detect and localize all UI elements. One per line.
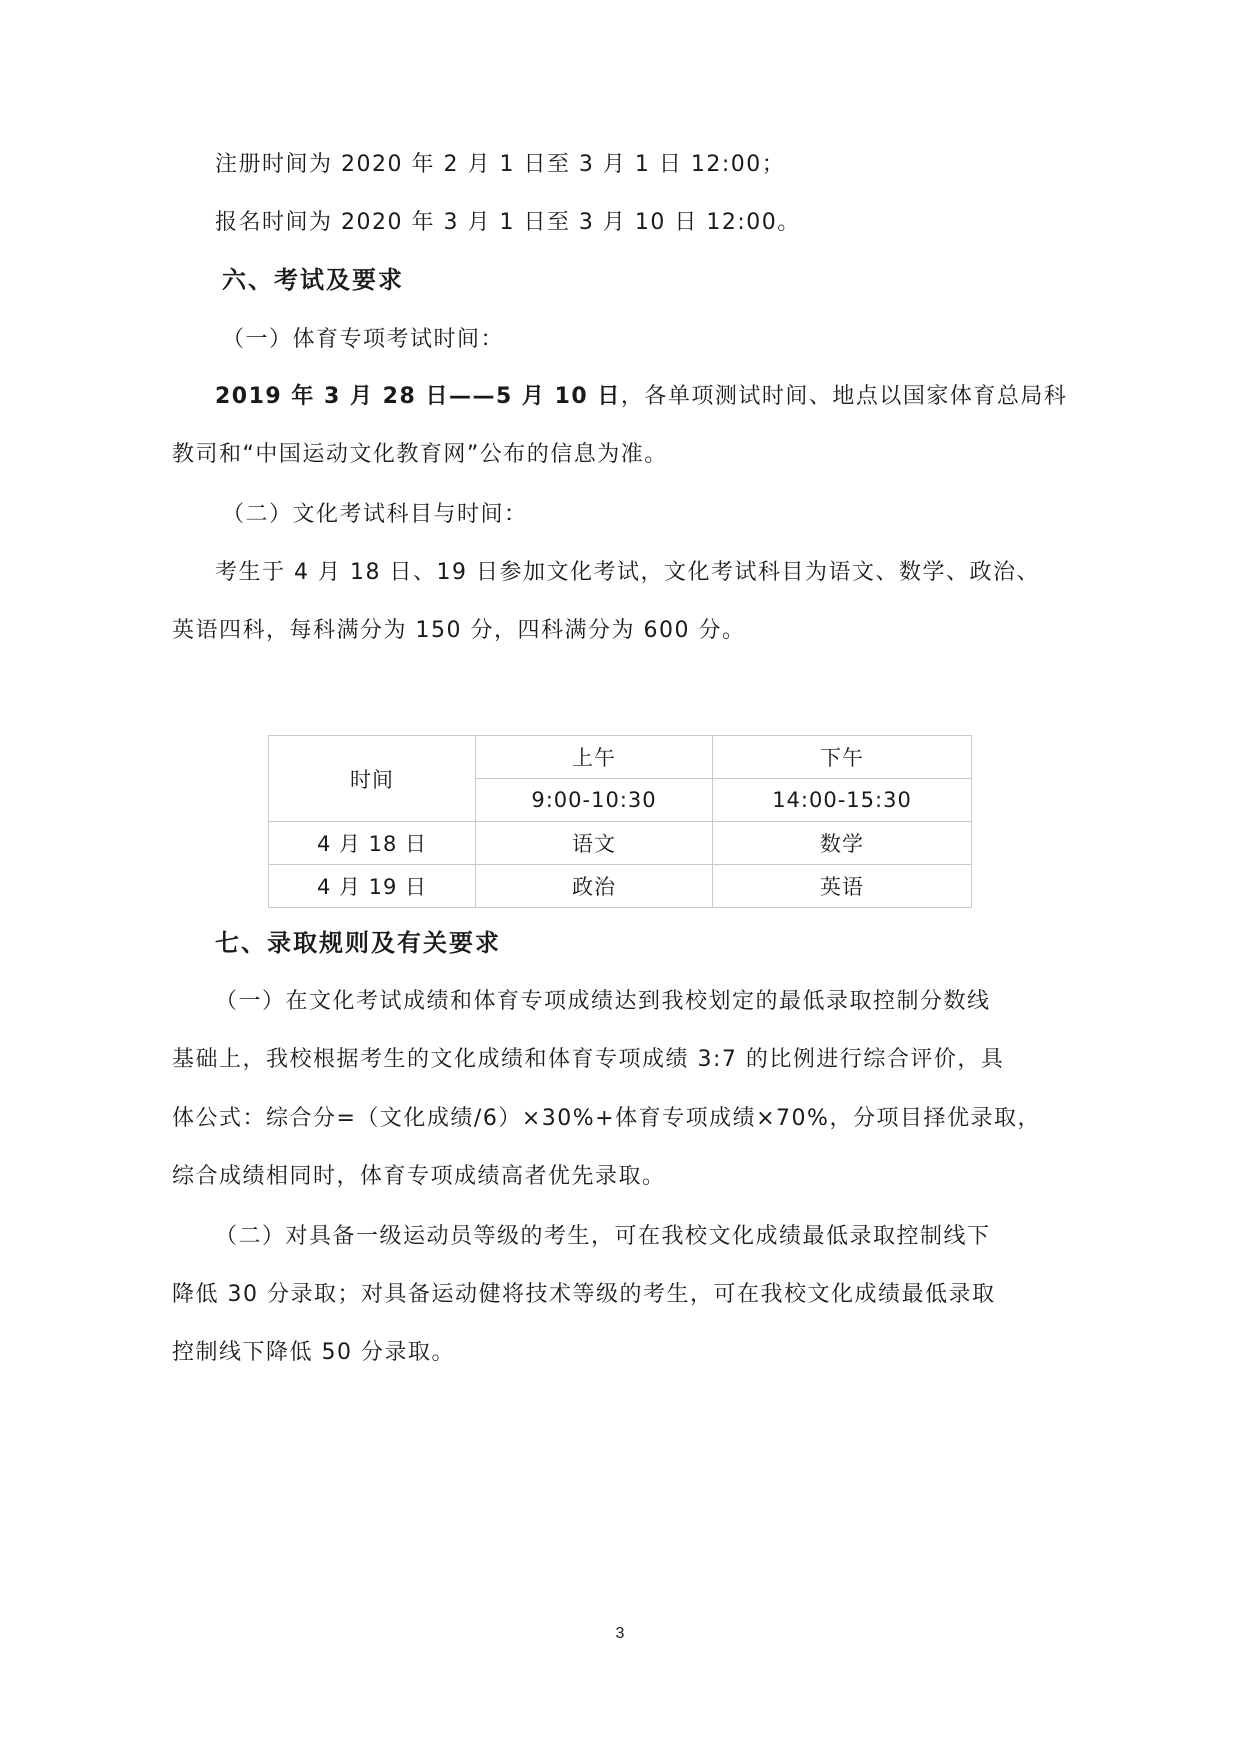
section-six-sub2-title: （二）文化考试科目与时间：: [222, 500, 528, 530]
header-pm: 下午: [713, 736, 972, 779]
section-six-heading: 六、考试及要求: [222, 265, 404, 295]
section-six-sub1-body-line1: 2019 年 3 月 28 日——5 月 10 日，各单项测试时间、地点以国家体…: [215, 382, 1067, 412]
header-time: 时间: [269, 736, 476, 822]
section-seven-p2-line2: 降低 30 分录取；对具备运动健将技术等级的考生，可在我校文化成绩最低录取: [172, 1280, 995, 1310]
row-date: 4 月 19 日: [269, 865, 476, 908]
am-hours: 9:00-10:30: [476, 779, 713, 822]
page-number: 3: [0, 1625, 1240, 1643]
section-six-sub1-body-line2: 教司和“中国运动文化教育网”公布的信息为准。: [172, 440, 668, 470]
section-seven-p1-line1: （一）在文化考试成绩和体育专项成绩达到我校划定的最低录取控制分数线: [215, 987, 991, 1017]
row-am-subject: 语文: [476, 822, 713, 865]
exam-schedule-table: 时间 上午 下午 9:00-10:30 14:00-15:30 4 月 18 日…: [268, 735, 972, 908]
row-pm-subject: 数学: [713, 822, 972, 865]
section-seven-p2-line1: （二）对具备一级运动员等级的考生，可在我校文化成绩最低录取控制线下: [215, 1222, 991, 1252]
section-six-sub2-body-line2: 英语四科，每科满分为 150 分，四科满分为 600 分。: [172, 616, 745, 646]
exam-date-range: 2019 年 3 月 28 日——5 月 10 日: [215, 384, 621, 409]
section-six-sub1-title: （一）体育专项考试时间：: [222, 325, 504, 355]
header-am: 上午: [476, 736, 713, 779]
section-seven-p1-line2: 基础上，我校根据考生的文化成绩和体育专项成绩 3:7 的比例进行综合评价，具: [172, 1045, 1004, 1075]
pm-hours: 14:00-15:30: [713, 779, 972, 822]
table-row: 4 月 19 日 政治 英语: [269, 865, 972, 908]
section-seven-p1-line4: 综合成绩相同时，体育专项成绩高者优先录取。: [172, 1162, 666, 1192]
row-am-subject: 政治: [476, 865, 713, 908]
section-seven-heading: 七、录取规则及有关要求: [215, 928, 501, 958]
section-seven-p2-line3: 控制线下降低 50 分录取。: [172, 1338, 455, 1368]
section-six-sub2-body-line1: 考生于 4 月 18 日、19 日参加文化考试，文化考试科目为语文、数学、政治、: [215, 558, 1040, 588]
row-date: 4 月 18 日: [269, 822, 476, 865]
application-time-text: 报名时间为 2020 年 3 月 1 日至 3 月 10 日 12:00。: [215, 208, 801, 238]
table-row: 4 月 18 日 语文 数学: [269, 822, 972, 865]
exam-date-rest: ，各单项测试时间、地点以国家体育总局科: [621, 384, 1068, 409]
registration-time-text: 注册时间为 2020 年 2 月 1 日至 3 月 1 日 12:00；: [215, 150, 785, 180]
section-seven-p1-line3: 体公式：综合分=（文化成绩/6）×30%+体育专项成绩×70%，分项目择优录取，: [172, 1104, 1041, 1134]
row-pm-subject: 英语: [713, 865, 972, 908]
